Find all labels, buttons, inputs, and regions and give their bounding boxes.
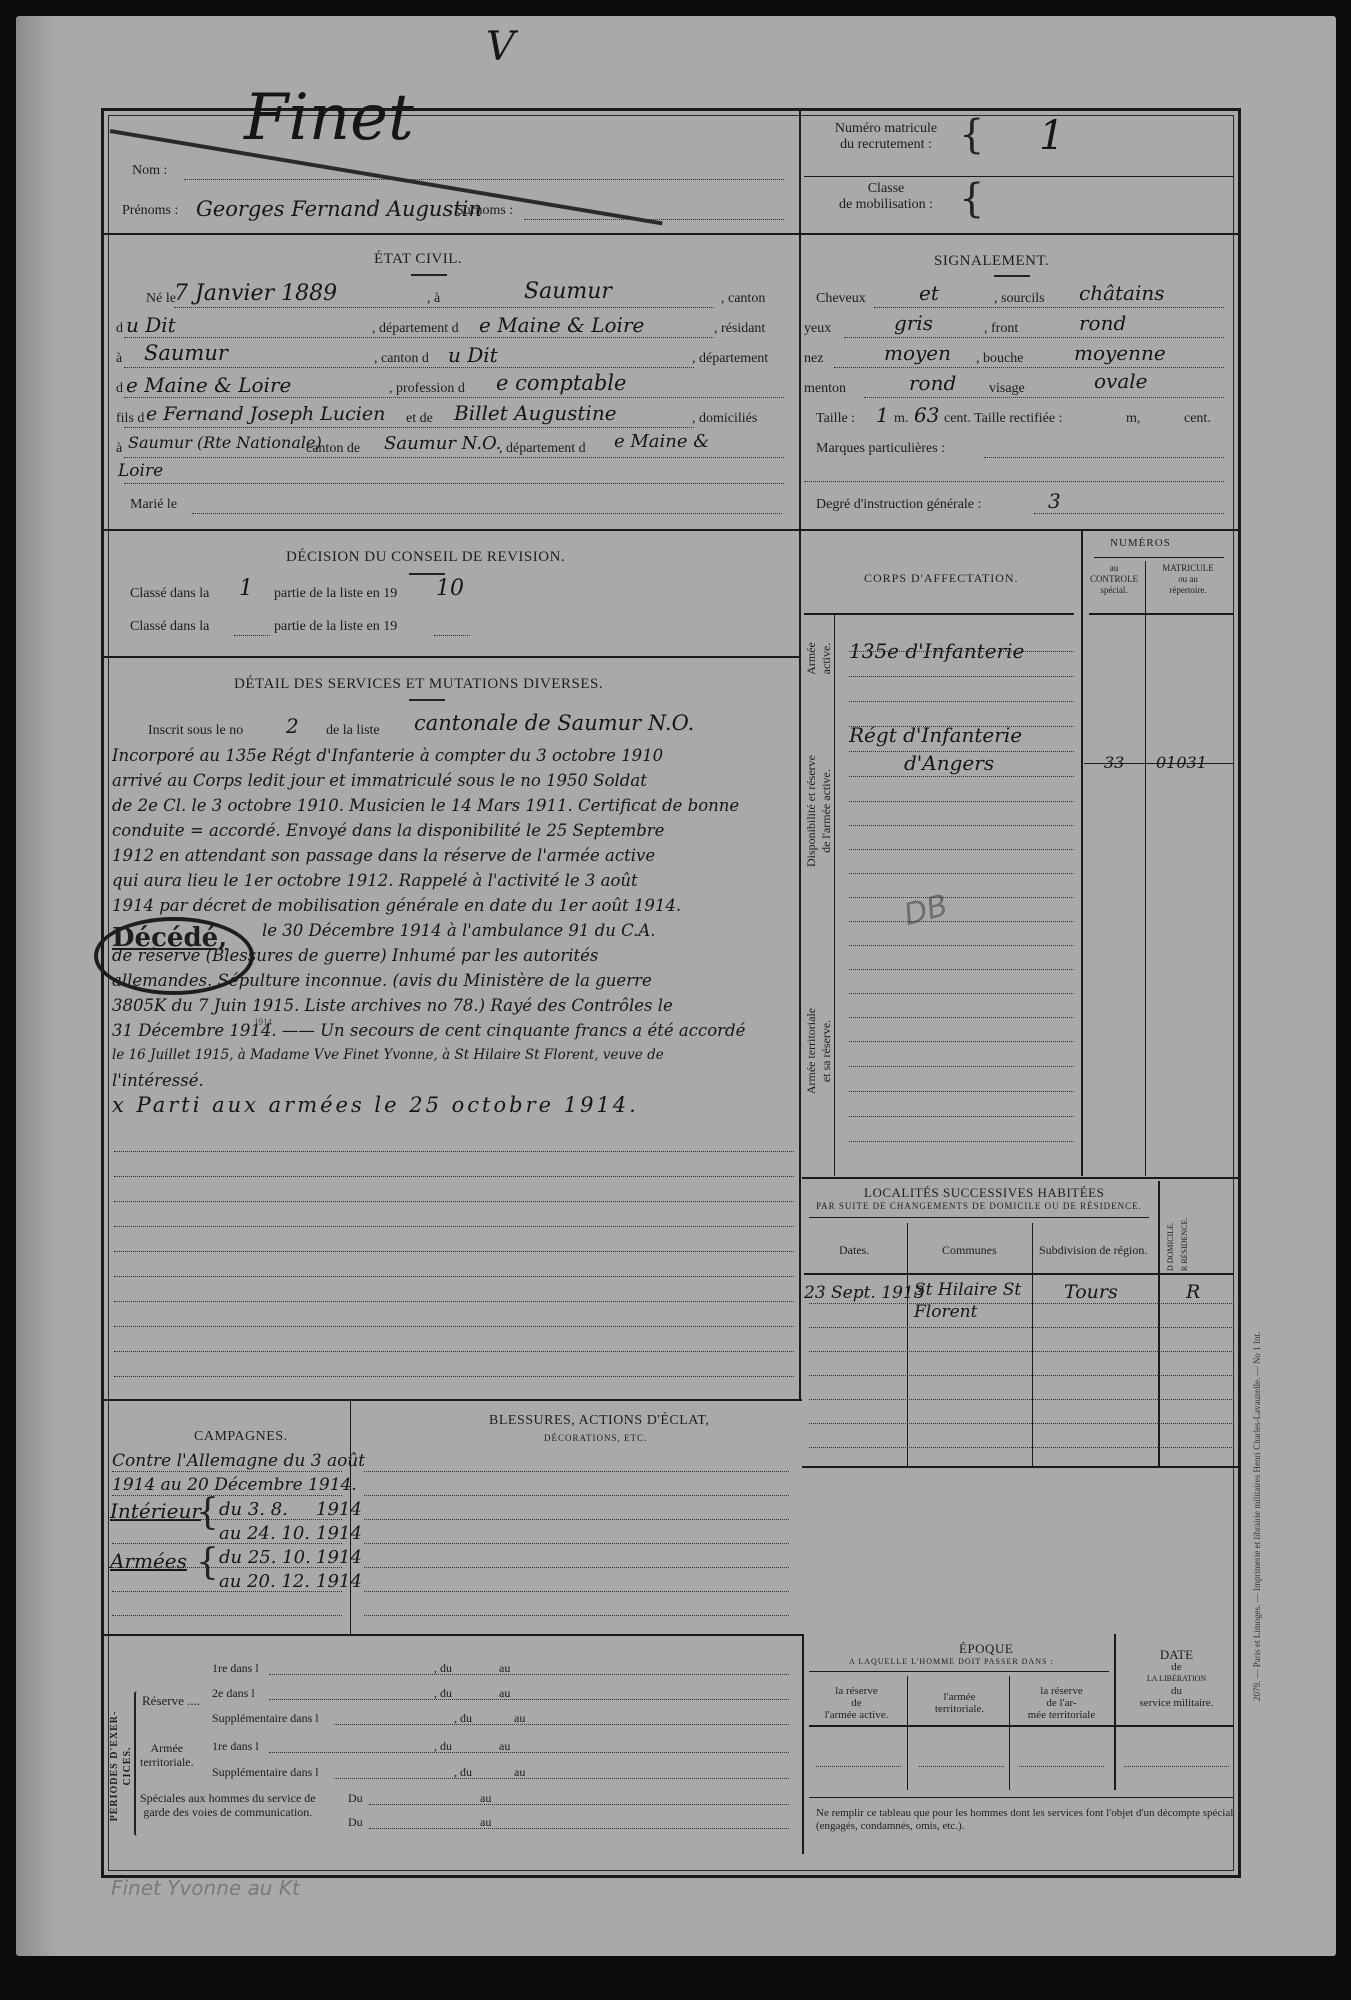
- sourcils-value: châtains: [1079, 281, 1165, 305]
- yeux-value: gris: [894, 311, 933, 335]
- residant-label: , résidant: [714, 321, 765, 337]
- classe1-label: Classé dans la: [130, 586, 209, 602]
- canton-label: , canton: [721, 291, 765, 307]
- taille-m-value: 1: [876, 403, 889, 427]
- signalement-title: SIGNALEMENT.: [934, 253, 1049, 270]
- interieur-du-year: 1914: [316, 1499, 362, 1520]
- departement3-label: , département d: [499, 441, 586, 457]
- epoque-title: ÉPOQUE: [959, 1641, 1013, 1657]
- periodes-side-label: PÉRIODES D'EXER- CICES.: [108, 1676, 134, 1856]
- classe2-label: Classé dans la: [130, 619, 209, 635]
- speciales-du-2: Du: [348, 1815, 363, 1830]
- campagnes-title: CAMPAGNES.: [194, 1429, 288, 1445]
- corps-title: CORPS D'AFFECTATION.: [864, 571, 1019, 586]
- col-subdivision-header: Subdivision de région.: [1039, 1243, 1147, 1258]
- localite-date: 23 Sept. 1913: [804, 1283, 925, 1303]
- territoriale-label: Armée territoriale et sa réserve.: [804, 951, 834, 1151]
- interieur-du: du 3. 8.: [219, 1499, 288, 1520]
- reserve-row-2: 2e dans l: [212, 1686, 255, 1701]
- du-value: u Dit: [126, 313, 176, 337]
- blessures-subtitle: DÉCORATIONS, ETC.: [544, 1433, 647, 1443]
- form-frame: Finet Nom : Prénoms : Georges Fernand Au…: [101, 108, 1241, 1878]
- localite-subdivision: Tours: [1064, 1281, 1118, 1303]
- territoriale-row-2: Supplémentaire dans l: [212, 1765, 319, 1780]
- domicile-a-label: à: [116, 441, 122, 457]
- taille-rectifiee-label: cent. Taille rectifiée :: [944, 411, 1062, 427]
- check-mark: V: [486, 24, 515, 70]
- printer-imprint: 2079. — Paris et Limoges. — Imprimerie e…: [1252, 1332, 1262, 1701]
- col-controle-header: au CONTROLE spécial.: [1084, 563, 1144, 596]
- domicilies-label: , domiciliés: [692, 411, 757, 427]
- localite-dr: R: [1186, 1281, 1200, 1303]
- interieur-au: au 24. 10.: [219, 1523, 310, 1544]
- interieur-au-year: 1914: [316, 1523, 362, 1544]
- prenoms-value: Georges Fernand Augustin: [196, 197, 482, 221]
- de-label: d: [116, 381, 123, 397]
- canton3-label: canton de: [306, 441, 360, 457]
- campagnes-line2: 1914 au 20 Décembre 1914.: [112, 1475, 357, 1495]
- classe1-year: 10: [436, 576, 464, 601]
- conseil-title: DÉCISION DU CONSEIL DE REVISION.: [286, 549, 565, 566]
- disponibilite-value-2: d'Angers: [904, 751, 994, 775]
- sourcils-label: , sourcils: [994, 291, 1045, 307]
- epoque-col1-header: la réservedel'armée active.: [809, 1685, 904, 1721]
- taille-rect-cm: cent.: [1184, 411, 1211, 427]
- partie2-label: partie de la liste en 19: [274, 619, 397, 635]
- liste-label: de la liste: [326, 723, 380, 739]
- cheveux-value: et: [919, 281, 939, 305]
- taille-m-label: m.: [894, 411, 908, 427]
- blessures-title: BLESSURES, ACTIONS D'ÉCLAT,: [489, 1413, 709, 1429]
- interline-note: 1914: [254, 1017, 272, 1027]
- armee-active-label: Armée active.: [804, 616, 834, 701]
- et-de-label: et de: [406, 411, 433, 427]
- decede-stamp: Décédé,: [112, 923, 227, 953]
- front-value: rond: [1079, 311, 1126, 335]
- bouche-label: , bouche: [976, 351, 1023, 367]
- profession-value: e comptable: [496, 371, 626, 395]
- cheveux-label: Cheveux: [816, 291, 866, 307]
- bouche-value: moyenne: [1074, 341, 1166, 365]
- territoriale-pencil-mark: DB: [900, 888, 951, 933]
- matricule-label-2: du recrutement :: [816, 137, 956, 153]
- nom-value: Finet: [244, 81, 414, 155]
- territoriale-row-1: 1re dans l: [212, 1739, 259, 1754]
- visage-value: ovale: [1094, 369, 1148, 393]
- taille-rect-m: m,: [1126, 411, 1140, 427]
- epoque-col2-header: l'arméeterritoriale.: [912, 1691, 1007, 1715]
- classe-label-1: Classe: [816, 181, 956, 197]
- document-page: V Finet Nom : Prénoms : Georges Fernand …: [16, 16, 1336, 1956]
- nez-label: nez: [804, 351, 823, 367]
- campagnes-line1: Contre l'Allemagne du 3 août: [112, 1451, 365, 1471]
- visage-label: visage: [989, 381, 1025, 397]
- localites-subtitle: PAR SUITE DE CHANGEMENTS DE DOMICILE OU …: [816, 1201, 1142, 1211]
- reserve-row-3: Supplémentaire dans l: [212, 1711, 319, 1726]
- departement2-label: , département: [692, 351, 768, 367]
- inscrit-label: Inscrit sous le no: [148, 723, 243, 739]
- epoque-col3-header: la réservede l'ar-mée territoriale: [1014, 1685, 1109, 1721]
- nez-value: moyen: [884, 341, 951, 365]
- liste-value: cantonale de Saumur N.O.: [414, 711, 694, 735]
- canton3-value: Saumur N.O.: [384, 433, 501, 454]
- surnoms-label: Surnoms :: [456, 203, 513, 219]
- ne-le-value: 7 Janvier 1889: [174, 281, 337, 306]
- taille-label: Taille :: [816, 411, 855, 427]
- departement-value: e Maine & Loire: [479, 313, 644, 337]
- matricule-label-1: Numéro matricule: [816, 121, 956, 137]
- armees-au-year: 1914: [316, 1571, 362, 1592]
- front-label: , front: [984, 321, 1018, 337]
- disponibilite-label: Disponibilité et réserve de l'armée acti…: [804, 711, 834, 911]
- classe-label-2: de mobilisation :: [816, 197, 956, 213]
- ne-le-label: Né le: [146, 291, 176, 307]
- degre-value: 3: [1048, 489, 1061, 513]
- marques-label: Marques particulières :: [816, 441, 945, 457]
- domicile-a-value: Saumur (Rte Nationale): [128, 433, 322, 452]
- fils-label: fils d: [116, 411, 144, 427]
- canton2-label: , canton d: [374, 351, 429, 367]
- nom-label: Nom :: [132, 163, 167, 179]
- residant-a-value: Saumur: [144, 341, 228, 365]
- armees-label: Armées: [110, 1549, 187, 1573]
- epoque-subtitle: A LAQUELLE L'HOMME DOIT PASSER DANS :: [849, 1657, 1054, 1666]
- speciales-du-1: Du: [348, 1791, 363, 1806]
- partie1-label: partie de la liste en 19: [274, 586, 397, 602]
- date-liberation-header: DATE de LA LIBÉRATION du service militai…: [1119, 1649, 1234, 1709]
- col-dr-header: D DOMICILE. R RÉSIDENCE.: [1164, 1191, 1192, 1271]
- etat-civil-title: ÉTAT CIVIL.: [374, 251, 462, 268]
- inscrit-value: 2: [286, 714, 299, 738]
- departement3-value: e Maine &: [614, 431, 709, 452]
- territoriale-periode-label: Armée territoriale.: [140, 1741, 194, 1769]
- speciales-label: Spéciales aux hommes du service de garde…: [140, 1791, 316, 1819]
- col-communes-header: Communes: [942, 1243, 997, 1258]
- de-value: e Maine & Loire: [126, 373, 291, 397]
- taille-cm-value: 63: [914, 403, 939, 427]
- marie-label: Marié le: [130, 497, 177, 513]
- reserve-row-1: 1re dans l: [212, 1661, 259, 1676]
- matricule-value: 1: [1039, 113, 1064, 159]
- a-value: Saumur: [524, 279, 612, 304]
- du-label: d: [116, 321, 123, 337]
- reserve-label: Réserve ....: [142, 1693, 200, 1709]
- classe1-value: 1: [239, 576, 253, 601]
- armees-du-year: 1914: [316, 1547, 362, 1568]
- armees-au: au 20. 12.: [219, 1571, 310, 1592]
- col-matricule-header: MATRICULE ou au répertoire.: [1148, 563, 1228, 596]
- col-dates-header: Dates.: [839, 1243, 869, 1258]
- canton2-value: u Dit: [448, 343, 498, 367]
- departement3-cont: Loire: [118, 461, 163, 481]
- residant-a-label: à: [116, 351, 122, 367]
- armees-du: du 25. 10.: [219, 1547, 311, 1568]
- prenoms-label: Prénoms :: [122, 203, 178, 219]
- menton-label: menton: [804, 381, 846, 397]
- departement-label: , département d: [372, 321, 459, 337]
- bottom-pencil-note: Finet Yvonne au Kt: [111, 1876, 300, 1900]
- mere-value: Billet Augustine: [454, 401, 617, 425]
- fils-value: e Fernand Joseph Lucien: [146, 403, 385, 425]
- menton-value: rond: [909, 371, 956, 395]
- degre-label: Degré d'instruction générale :: [816, 497, 981, 513]
- services-title: DÉTAIL DES SERVICES ET MUTATIONS DIVERSE…: [234, 676, 603, 693]
- profession-label: , profession d: [389, 381, 465, 397]
- localite-commune: St Hilaire St Florent: [914, 1279, 1034, 1323]
- numeros-title: NUMÉROS: [1110, 537, 1171, 549]
- localites-title: LOCALITÉS SUCCESSIVES HABITÉES: [864, 1185, 1104, 1201]
- epoque-note: Ne remplir ce tableau que pour les homme…: [816, 1807, 1236, 1833]
- a-label: , à: [427, 291, 440, 307]
- yeux-label: yeux: [804, 321, 831, 337]
